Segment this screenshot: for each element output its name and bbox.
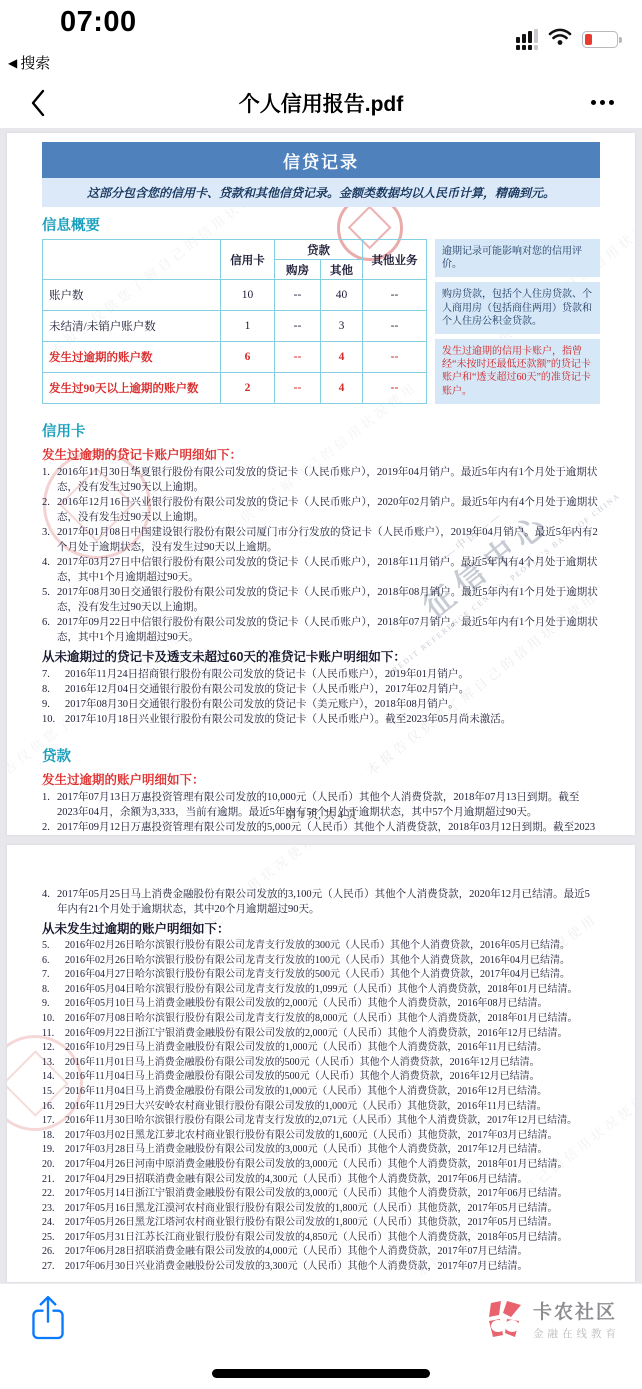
back-to-app-link[interactable]: ◀ 搜索	[8, 52, 50, 73]
summary-table-corner	[43, 240, 221, 280]
list-item: 16. 2016年11月29日大兴安岭农村商业银行股份有限公司发放的1,000元…	[42, 1100, 600, 1115]
pdf-page-2: 本报告仅供您了解自己的信用状况使用 本报告仅供您了解自己的信用状况使用 本报告仅…	[7, 845, 635, 1282]
list-item: 2. 2016年12月16日兴业银行股份有限公司发放的贷记卡（人民币账户），20…	[42, 495, 600, 525]
pdf-viewer-navbar: 个人信用报告.pdf	[0, 80, 642, 128]
list-item: 18. 2017年03月02日黑龙江萝北农村商业银行股份有限公司发放的1,600…	[42, 1129, 600, 1144]
section-header-credit-records: 信贷记录	[42, 142, 600, 178]
col-loan: 贷款	[275, 240, 363, 260]
page-number-footer: 第 1 页, 共 4 页	[7, 806, 635, 822]
home-indicator[interactable]	[212, 1369, 430, 1378]
clock: 07:00	[60, 6, 137, 39]
list-item: 14. 2016年11月04日马上消费金融股份有限公司发放的500元（人民币）其…	[42, 1070, 600, 1085]
list-item: 12. 2016年10月29日马上消费金融股份有限公司发放的1,000元（人民币…	[42, 1041, 600, 1056]
kanong-brand: 卡农社区 金融在线教育	[485, 1297, 620, 1341]
list-item: 11. 2016年09月22日浙江宁银消费金融股份有限公司发放的2,000元（人…	[42, 1027, 600, 1042]
list-item: 27. 2017年06月30日兴业消费金融股份公司发放的3,300元（人民币）其…	[42, 1260, 600, 1275]
never-overdue-subheading: 从未发生过逾期的账户明细如下：	[42, 919, 600, 937]
summary-notes: 逾期记录可能影响对您的信用评价。 购房贷款，包括个人住房贷款、个人商用房（包括商…	[435, 239, 600, 404]
list-item: 26. 2017年06月28日招联消费金融有限公司发放的4,000元（人民币）其…	[42, 1245, 600, 1260]
cc-never-overdue-list: 7. 2016年11月24日招商银行股份有限公司发放的贷记卡（人民币账户），20…	[42, 667, 600, 727]
status-icons	[516, 28, 618, 51]
back-triangle-icon: ◀	[8, 56, 17, 70]
battery-low-icon	[582, 31, 618, 48]
cc-overdue-subheading: 发生过逾期的贷记卡账户明细如下：	[42, 445, 600, 463]
list-item: 25. 2017年05月31日江苏长江商业银行股份有限公司发放的4,850元（人…	[42, 1231, 600, 1246]
col-loan-other: 其他	[321, 260, 363, 280]
loan-overdue-list-continued: 4. 2017年05月25日马上消费金融股份有限公司发放的3,100元（人民币）…	[42, 887, 600, 917]
list-item: 8. 2016年12月04日交通银行股份有限公司发放的贷记卡（人民币账户），20…	[42, 682, 600, 697]
list-item: 6. 2016年02月26日哈尔滨银行股份有限公司龙青支行发放的100元（人民币…	[42, 954, 600, 969]
summary-heading: 信息概要	[42, 214, 600, 235]
pdf-scroll-area[interactable]: 本报告仅供您了解自己的信用状况使用 本报告仅供您了解自己的信用状况使用 本报告仅…	[0, 128, 642, 1283]
list-item: 7. 2016年11月24日招商银行股份有限公司发放的贷记卡（人民币账户），20…	[42, 667, 600, 682]
back-app-label: 搜索	[20, 52, 50, 73]
summary-table-row: 发生过90天以上逾期的账户数 2 -- 4 --	[43, 372, 427, 403]
list-item: 7. 2016年04月27日哈尔滨银行股份有限公司龙青支行发放的500元（人民币…	[42, 968, 600, 983]
share-button[interactable]	[28, 1293, 68, 1343]
list-item: 15. 2016年11月04日马上消费金融股份有限公司发放的1,000元（人民币…	[42, 1085, 600, 1100]
list-item: 10. 2016年07月08日哈尔滨银行股份有限公司龙青支行发放的8,000元（…	[42, 1012, 600, 1027]
list-item: 8. 2016年05月04日哈尔滨银行股份有限公司龙青支行发放的1,099元（人…	[42, 983, 600, 998]
summary-block: 信用卡 贷款 其他业务 购房 其他 账户数 10 -	[42, 239, 600, 404]
list-item: 3. 2017年01月08日中国建设银行股份有限公司厦门市分行发放的贷记卡（人民…	[42, 525, 600, 555]
loan-section-heading: 贷款	[42, 745, 600, 766]
brand-subtitle: 金融在线教育	[533, 1326, 620, 1341]
section-subtitle: 这部分包含您的信用卡、贷款和其他信贷记录。金额类数据均以人民币计算，精确到元。	[42, 178, 600, 207]
never-overdue-list: 5. 2016年02月26日哈尔滨银行股份有限公司龙青支行发放的300元（人民币…	[42, 939, 600, 1275]
col-credit-card: 信用卡	[221, 240, 275, 280]
list-item: 20. 2017年04月26日河南中原消费金融股份有限公司发放的3,000元（人…	[42, 1158, 600, 1173]
cc-overdue-list: 1. 2016年11月30日华夏银行股份有限公司发放的贷记卡（人民币账户），20…	[42, 465, 600, 645]
list-item: 5. 2017年08月30日交通银行股份有限公司发放的贷记卡（人民币账户），20…	[42, 585, 600, 615]
list-item: 22. 2017年05月14日浙江宁银消费金融股份有限公司发放的3,000元（人…	[42, 1187, 600, 1202]
summary-table-row: 发生过逾期的账户数 6 -- 4 --	[43, 341, 427, 372]
loan-overdue-subheading: 发生过逾期的账户明细如下：	[42, 770, 600, 788]
cellular-signal-icon	[516, 29, 538, 50]
credit-card-section-heading: 信用卡	[42, 420, 600, 441]
list-item: 24. 2017年05月26日黑龙江塔河农村商业银行股份有限公司发放的1,800…	[42, 1216, 600, 1231]
status-bar: 07:00 ◀ 搜索	[0, 0, 642, 80]
list-item: 19. 2017年03月28日马上消费金融股份有限公司发放的3,000元（人民币…	[42, 1143, 600, 1158]
list-item: 5. 2016年02月26日哈尔滨银行股份有限公司龙青支行发放的300元（人民币…	[42, 939, 600, 954]
col-other-business: 其他业务	[363, 240, 427, 280]
note-box: 发生过逾期的信用卡账户，指曾经“未按时还最低还款额”的贷记卡账户和“透支超过60…	[435, 339, 600, 404]
list-item: 9. 2016年05月10日马上消费金融股份有限公司发放的2,000元（人民币）…	[42, 997, 600, 1012]
kanong-logo-icon	[485, 1299, 525, 1339]
pdf-page-1: 本报告仅供您了解自己的信用状况使用 本报告仅供您了解自己的信用状况使用 本报告仅…	[7, 133, 635, 835]
bottom-toolbar: 卡农社区 金融在线教育	[0, 1283, 642, 1389]
summary-table-row: 账户数 10 -- 40 --	[43, 280, 427, 311]
brand-name: 卡农社区	[533, 1297, 620, 1324]
summary-table-row: 未结清/未销户账户数 1 -- 3 --	[43, 310, 427, 341]
list-item: 17. 2016年11月30日哈尔滨银行股份有限公司龙青支行发放的2,071元（…	[42, 1114, 600, 1129]
list-item: 21. 2017年04月29日招联消费金融有限公司发放的4,300元（人民币）其…	[42, 1173, 600, 1188]
list-item: 10. 2017年10月18日兴业银行股份有限公司发放的贷记卡（人民币账户）。截…	[42, 712, 600, 727]
note-box: 购房贷款，包括个人住房贷款、个人商用房（包括商住两用）贷款和个人住房公积金贷款。	[435, 282, 600, 334]
wifi-icon	[548, 28, 572, 51]
list-item: 23. 2017年05月16日黑龙江漠河农村商业银行股份有限公司发放的1,800…	[42, 1202, 600, 1217]
col-loan-house: 购房	[275, 260, 321, 280]
list-item: 4. 2017年05月25日马上消费金融股份有限公司发放的3,100元（人民币）…	[42, 887, 600, 917]
list-item: 13. 2016年11月01日马上消费金融股份有限公司发放的500元（人民币）其…	[42, 1056, 600, 1071]
page-gap	[7, 835, 635, 845]
cc-never-overdue-subheading: 从未逾期过的贷记卡及透支未超过60天的准贷记卡账户明细如下：	[42, 647, 600, 665]
list-item: 1. 2016年11月30日华夏银行股份有限公司发放的贷记卡（人民币账户），20…	[42, 465, 600, 495]
more-options-button[interactable]	[591, 100, 614, 105]
list-item: 6. 2017年09月22日中信银行股份有限公司发放的贷记卡（人民币账户），20…	[42, 615, 600, 645]
document-title: 个人信用报告.pdf	[0, 88, 642, 118]
summary-table: 信用卡 贷款 其他业务 购房 其他 账户数 10 -	[42, 239, 427, 404]
list-item: 4. 2017年03月27日中信银行股份有限公司发放的贷记卡（人民币账户），20…	[42, 555, 600, 585]
note-box: 逾期记录可能影响对您的信用评价。	[435, 239, 600, 277]
list-item: 9. 2017年08月30日交通银行股份有限公司发放的贷记卡（美元账户），201…	[42, 697, 600, 712]
